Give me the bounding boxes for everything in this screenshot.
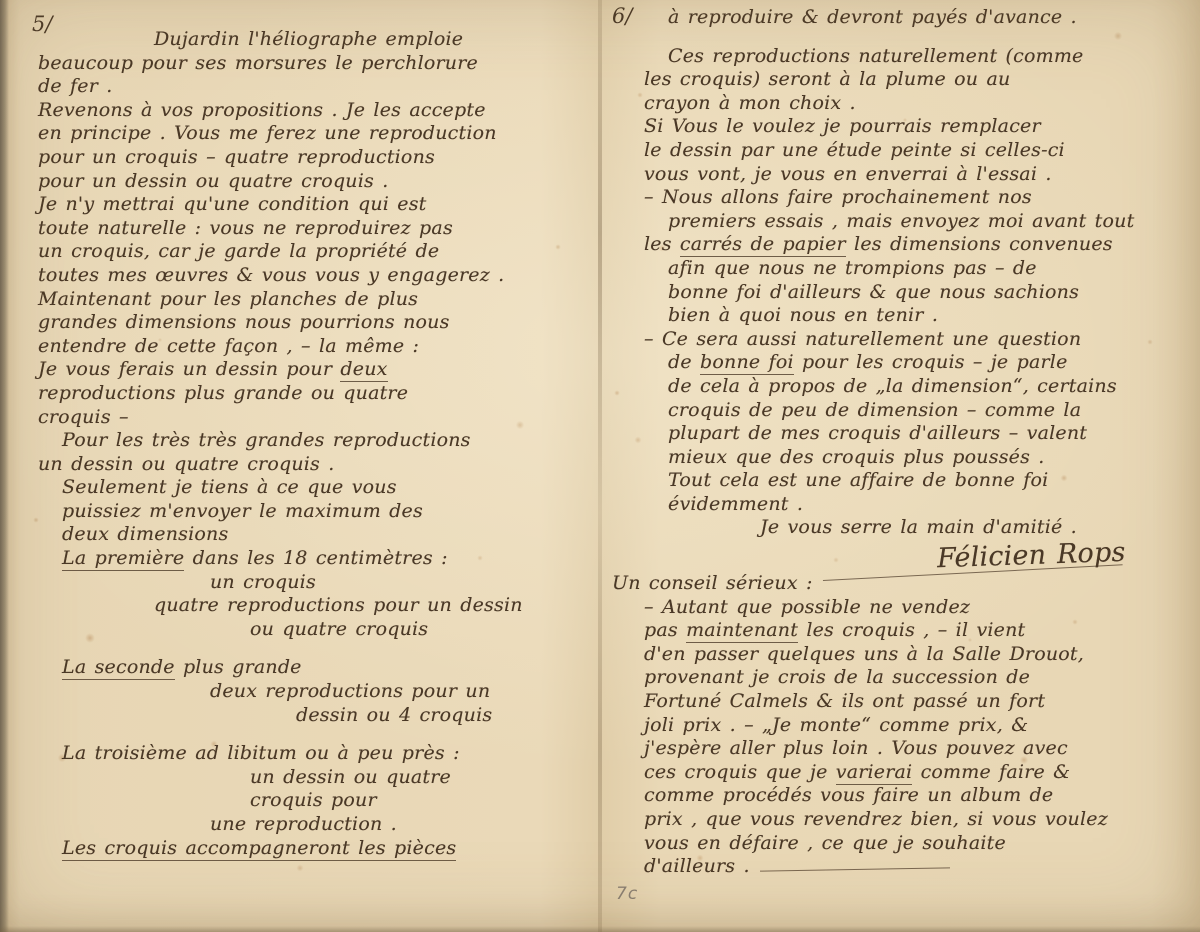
manuscript-line: Fortuné Calmels & ils ont passé un fort <box>644 690 1190 714</box>
manuscript-line: pour un croquis – quatre reproductions <box>38 146 584 170</box>
manuscript-line: – Ce sera aussi naturellement une questi… <box>666 328 1190 352</box>
manuscript-line: de bonne foi pour les croquis – je parle <box>668 351 1190 375</box>
manuscript-line: quatre reproductions pour un dessin <box>154 594 584 618</box>
manuscript-line: grandes dimensions nous pourrions nous <box>38 311 584 335</box>
catalog-annotation: 7c <box>616 884 638 904</box>
manuscript-line: ou quatre croquis <box>250 618 584 642</box>
manuscript-line: provenant je crois de la succession de <box>644 666 1190 690</box>
manuscript-line: deux reproductions pour un <box>210 680 584 704</box>
manuscript-line: pour un dessin ou quatre croquis . <box>38 170 584 194</box>
manuscript-line: un croquis <box>210 571 584 595</box>
manuscript-line: pas maintenant les croquis , – il vient <box>644 619 1190 643</box>
underlined-text: bonne foi <box>700 351 794 375</box>
manuscript-line: en principe . Vous me ferez une reproduc… <box>38 122 584 146</box>
manuscript-line: ces croquis que je varierai comme faire … <box>644 761 1190 785</box>
manuscript-line: toute naturelle : vous ne reproduirez pa… <box>38 217 584 241</box>
manuscript-line: une reproduction . <box>210 813 584 837</box>
manuscript-line: La seconde plus grande <box>62 656 584 680</box>
page-left-lines: Dujardin l'héliographe emploiebeaucoup p… <box>38 28 584 860</box>
manuscript-line: plupart de mes croquis d'ailleurs – vale… <box>668 422 1190 446</box>
underlined-text: La seconde <box>62 656 175 680</box>
manuscript-line: mieux que des croquis plus poussés . <box>668 446 1190 470</box>
manuscript-line: croquis – <box>38 406 584 430</box>
manuscript-line: évidemment . <box>668 493 1190 517</box>
manuscript-line: beaucoup pour ses morsures le perchlorur… <box>38 52 584 76</box>
manuscript-line: les croquis) seront à la plume ou au <box>644 68 1190 92</box>
manuscript-line: crayon à mon choix . <box>644 92 1190 116</box>
manuscript-line: d'en passer quelques uns à la Salle Drou… <box>644 643 1190 667</box>
manuscript-line: joli prix . – „Je monte“ comme prix, & <box>644 714 1190 738</box>
manuscript-line: Un conseil sérieux : <box>612 572 1190 596</box>
underlined-text: La première <box>62 547 184 571</box>
manuscript-line: puissiez m'envoyer le maximum des <box>62 500 584 524</box>
manuscript-line: Revenons à vos propositions . Je les acc… <box>38 99 584 123</box>
manuscript-line: Les croquis accompagneront les pièces <box>62 837 584 861</box>
manuscript-line: entendre de cette façon , – la même : <box>38 335 584 359</box>
manuscript-line: les carrés de papier les dimensions conv… <box>666 233 1190 257</box>
manuscript-line: La première dans les 18 centimètres : <box>62 547 584 571</box>
manuscript-line: Je vous serre la main d'amitié . <box>760 516 1190 540</box>
line-gap <box>644 30 1190 45</box>
manuscript-line: reproductions plus grande ou quatre <box>38 382 584 406</box>
letter-page-left: 5/ Dujardin l'héliographe emploiebeaucou… <box>0 0 600 932</box>
manuscript-line: bien à quoi nous en tenir . <box>668 304 1190 328</box>
underlined-text: varierai <box>836 761 913 785</box>
manuscript-line: de cela à propos de „la dimension“, cert… <box>668 375 1190 399</box>
manuscript-line: Seulement je tiens à ce que vous <box>62 476 584 500</box>
manuscript-line: deux dimensions <box>62 523 584 547</box>
manuscript-line: vous vont, je vous en enverrai à l'essai… <box>644 163 1190 187</box>
manuscript-line: vous en défaire , ce que je souhaite <box>644 832 1190 856</box>
line-gap <box>38 727 584 742</box>
flourish-rule <box>760 867 950 871</box>
manuscript-line: un croquis, car je garde la propriété de <box>38 240 584 264</box>
manuscript-line: dessin ou 4 croquis <box>296 704 584 728</box>
underlined-text: Les croquis accompagneront les pièces <box>62 837 456 861</box>
manuscript-line: – Autant que possible ne vendez <box>666 596 1190 620</box>
manuscript-line: d'ailleurs . <box>644 855 1190 879</box>
manuscript-line: premiers essais , mais envoyez moi avant… <box>668 210 1190 234</box>
underlined-text: deux <box>340 358 387 382</box>
manuscript-line: Je vous ferais un dessin pour deux <box>38 358 584 382</box>
manuscript-line: un dessin ou quatre <box>250 766 584 790</box>
letter-page-right: 6/ à reproduire & devront payés d'avance… <box>600 0 1200 932</box>
underlined-text: maintenant <box>686 619 798 643</box>
letter-scan: 5/ Dujardin l'héliographe emploiebeaucou… <box>0 0 1200 932</box>
page-right-lines: à reproduire & devront payés d'avance .C… <box>644 6 1190 879</box>
page-number-left: 5/ <box>32 12 52 36</box>
manuscript-line: Dujardin l'héliographe emploie <box>154 28 584 52</box>
manuscript-line: bonne foi d'ailleurs & que nous sachions <box>668 281 1190 305</box>
manuscript-line: prix , que vous revendrez bien, si vous … <box>644 808 1190 832</box>
manuscript-line: j'espère aller plus loin . Vous pouvez a… <box>644 737 1190 761</box>
manuscript-line: croquis pour <box>250 789 584 813</box>
manuscript-line: La troisième ad libitum ou à peu près : <box>62 742 584 766</box>
line-gap <box>38 641 584 656</box>
manuscript-line: – Nous allons faire prochainement nos <box>666 186 1190 210</box>
manuscript-line: à reproduire & devront payés d'avance . <box>668 6 1190 30</box>
manuscript-line: Tout cela est une affaire de bonne foi <box>668 469 1190 493</box>
manuscript-line: un dessin ou quatre croquis . <box>38 453 584 477</box>
page-number-right: 6/ <box>612 4 632 28</box>
manuscript-line: comme procédés vous faire un album de <box>644 784 1190 808</box>
underlined-text: carrés de papier <box>680 233 846 257</box>
manuscript-line: Si Vous le voulez je pourrais remplacer <box>644 115 1190 139</box>
manuscript-line: de fer . <box>38 75 584 99</box>
manuscript-line: le dessin par une étude peinte si celles… <box>644 139 1190 163</box>
manuscript-line: Ces reproductions naturellement (comme <box>668 45 1190 69</box>
manuscript-line: croquis de peu de dimension – comme la <box>668 399 1190 423</box>
manuscript-line: afin que nous ne trompions pas – de <box>668 257 1190 281</box>
manuscript-line: Maintenant pour les planches de plus <box>38 288 584 312</box>
manuscript-line: Pour les très très grandes reproductions <box>62 429 584 453</box>
manuscript-line: Je n'y mettrai qu'une condition qui est <box>38 193 584 217</box>
manuscript-line: toutes mes œuvres & vous vous y engagere… <box>38 264 584 288</box>
